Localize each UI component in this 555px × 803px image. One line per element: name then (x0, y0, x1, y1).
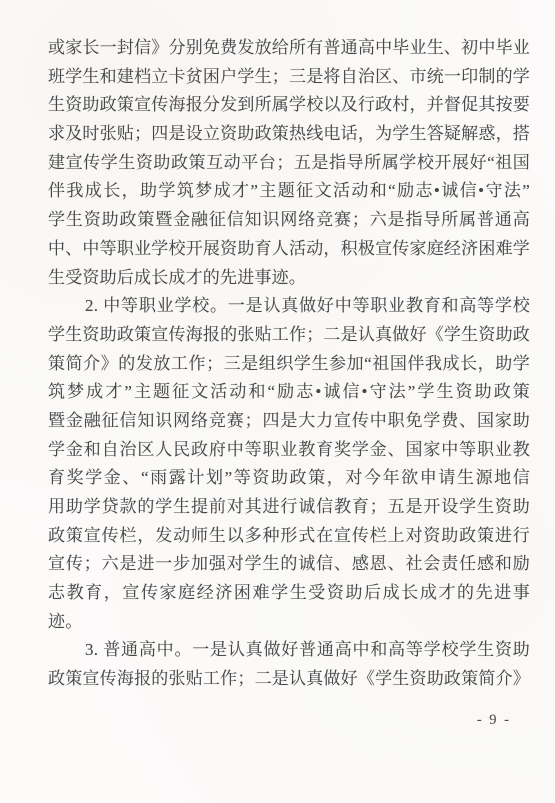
text-line: 政策宣传栏，发动师生以多种形式在宣传栏上对资助政策进行 (48, 522, 530, 551)
text-line: 宣传；六是进一步加强对学生的诚信、感恩、社会责任感和励 (48, 550, 530, 579)
document-body-text: 或家长一封信》分别免费发放给所有普通高中毕业生、初中毕业 班学生和建档立卡贫困户… (48, 34, 530, 694)
text-line: 中、中等职业学校开展资助育人活动，积极宣传家庭经济困难学 (48, 235, 530, 264)
text-line: 策简介》的发放工作；三是组织学生参加“祖国伴我成长，助学 (48, 350, 530, 379)
text-line: 用助学贷款的学生提前对其进行诚信教育；五是开设学生资助 (48, 493, 530, 522)
text-line: 班学生和建档立卡贫困户学生；三是将自治区、市统一印制的学 (48, 63, 530, 92)
text-line: 政策宣传海报的张贴工作；二是认真做好《学生资助政策简介》 (48, 665, 530, 694)
text-line: 生资助政策宣传海报分发到所属学校以及行政村，并督促其按要 (48, 91, 530, 120)
text-line: 或家长一封信》分别免费发放给所有普通高中毕业生、初中毕业 (48, 34, 530, 63)
text-line: 筑梦成才”主题征文活动和“励志•诚信•守法”学生资助政策 (48, 378, 530, 407)
text-line: 暨金融征信知识网络竞赛；四是大力宣传中职免学费、国家助 (48, 407, 530, 436)
text-line: 学生资助政策宣传海报的张贴工作；二是认真做好《学生资助政 (48, 321, 530, 350)
document-page: 或家长一封信》分别免费发放给所有普通高中毕业生、初中毕业 班学生和建档立卡贫困户… (0, 0, 555, 803)
text-line-paragraph-start: 3. 普通高中。一是认真做好普通高中和高等学校学生资助 (48, 636, 530, 665)
text-line-paragraph-end: 迹。 (48, 608, 530, 637)
text-line-paragraph-start: 2. 中等职业学校。一是认真做好中等职业教育和高等学校 (48, 292, 530, 321)
text-line: 求及时张贴；四是设立资助政策热线电话，为学生答疑解惑，搭 (48, 120, 530, 149)
text-line: 学金和自治区人民政府中等职业教育奖学金、国家中等职业教 (48, 436, 530, 465)
text-line-paragraph-end: 生受资助后成长成才的先进事迹。 (48, 264, 530, 293)
text-line: 伴我成长，助学筑梦成才”主题征文活动和“励志•诚信•守法” (48, 177, 530, 206)
text-line: 建宣传学生资助政策互动平台；五是指导所属学校开展好“祖国 (48, 149, 530, 178)
text-line: 志教育，宣传家庭经济困难学生受资助后成长成才的先进事 (48, 579, 530, 608)
text-line: 育奖学金、“雨露计划”等资助政策，对今年欲申请生源地信 (48, 464, 530, 493)
page-number: - 9 - (477, 710, 511, 730)
text-line: 学生资助政策暨金融征信知识网络竞赛；六是指导所属普通高 (48, 206, 530, 235)
